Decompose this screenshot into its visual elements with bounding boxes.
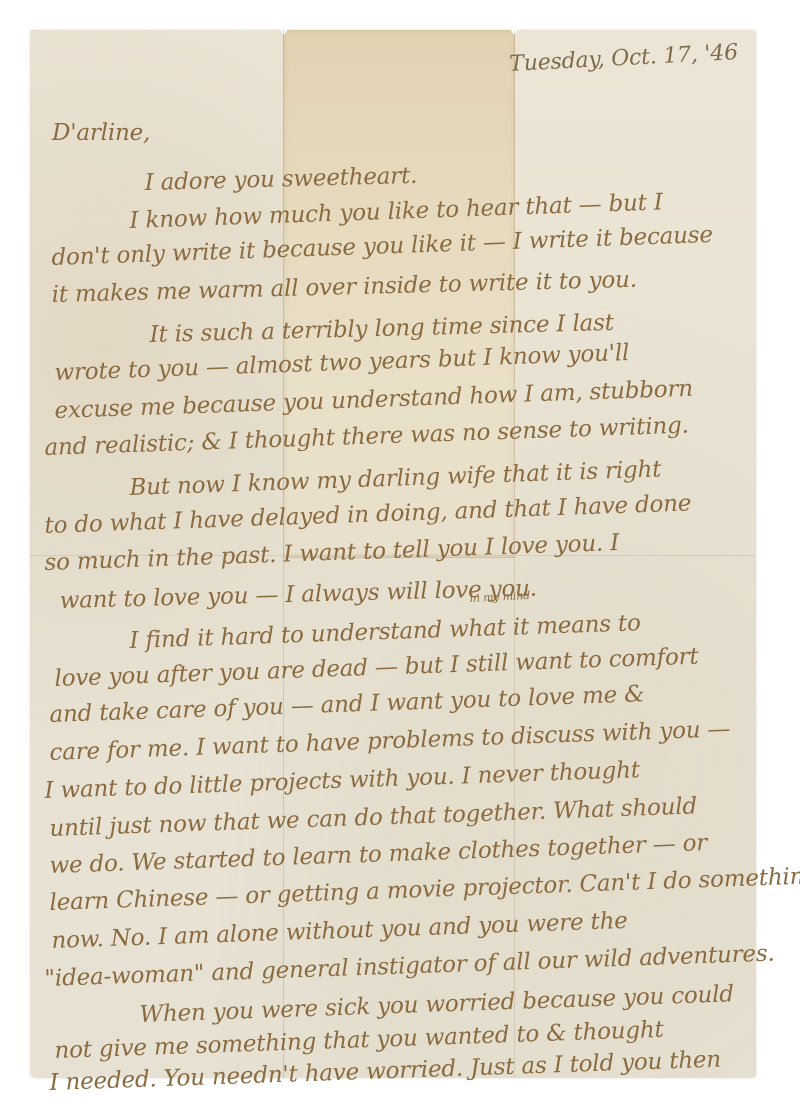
letter-line: I want to do little projects with you. I… — [44, 757, 640, 804]
letter-paper: Tuesday, Oct. 17, '46 D'arline, I adore … — [30, 30, 756, 1078]
salutation: D'arline, — [52, 120, 150, 146]
insertion-note: in my mind — [469, 589, 530, 605]
letter-line: want to love you — I always will love yo… — [59, 576, 537, 614]
letter-line: now. No. I am alone without you and you … — [51, 908, 628, 954]
letter-date: Tuesday, Oct. 17, '46 — [509, 40, 739, 77]
